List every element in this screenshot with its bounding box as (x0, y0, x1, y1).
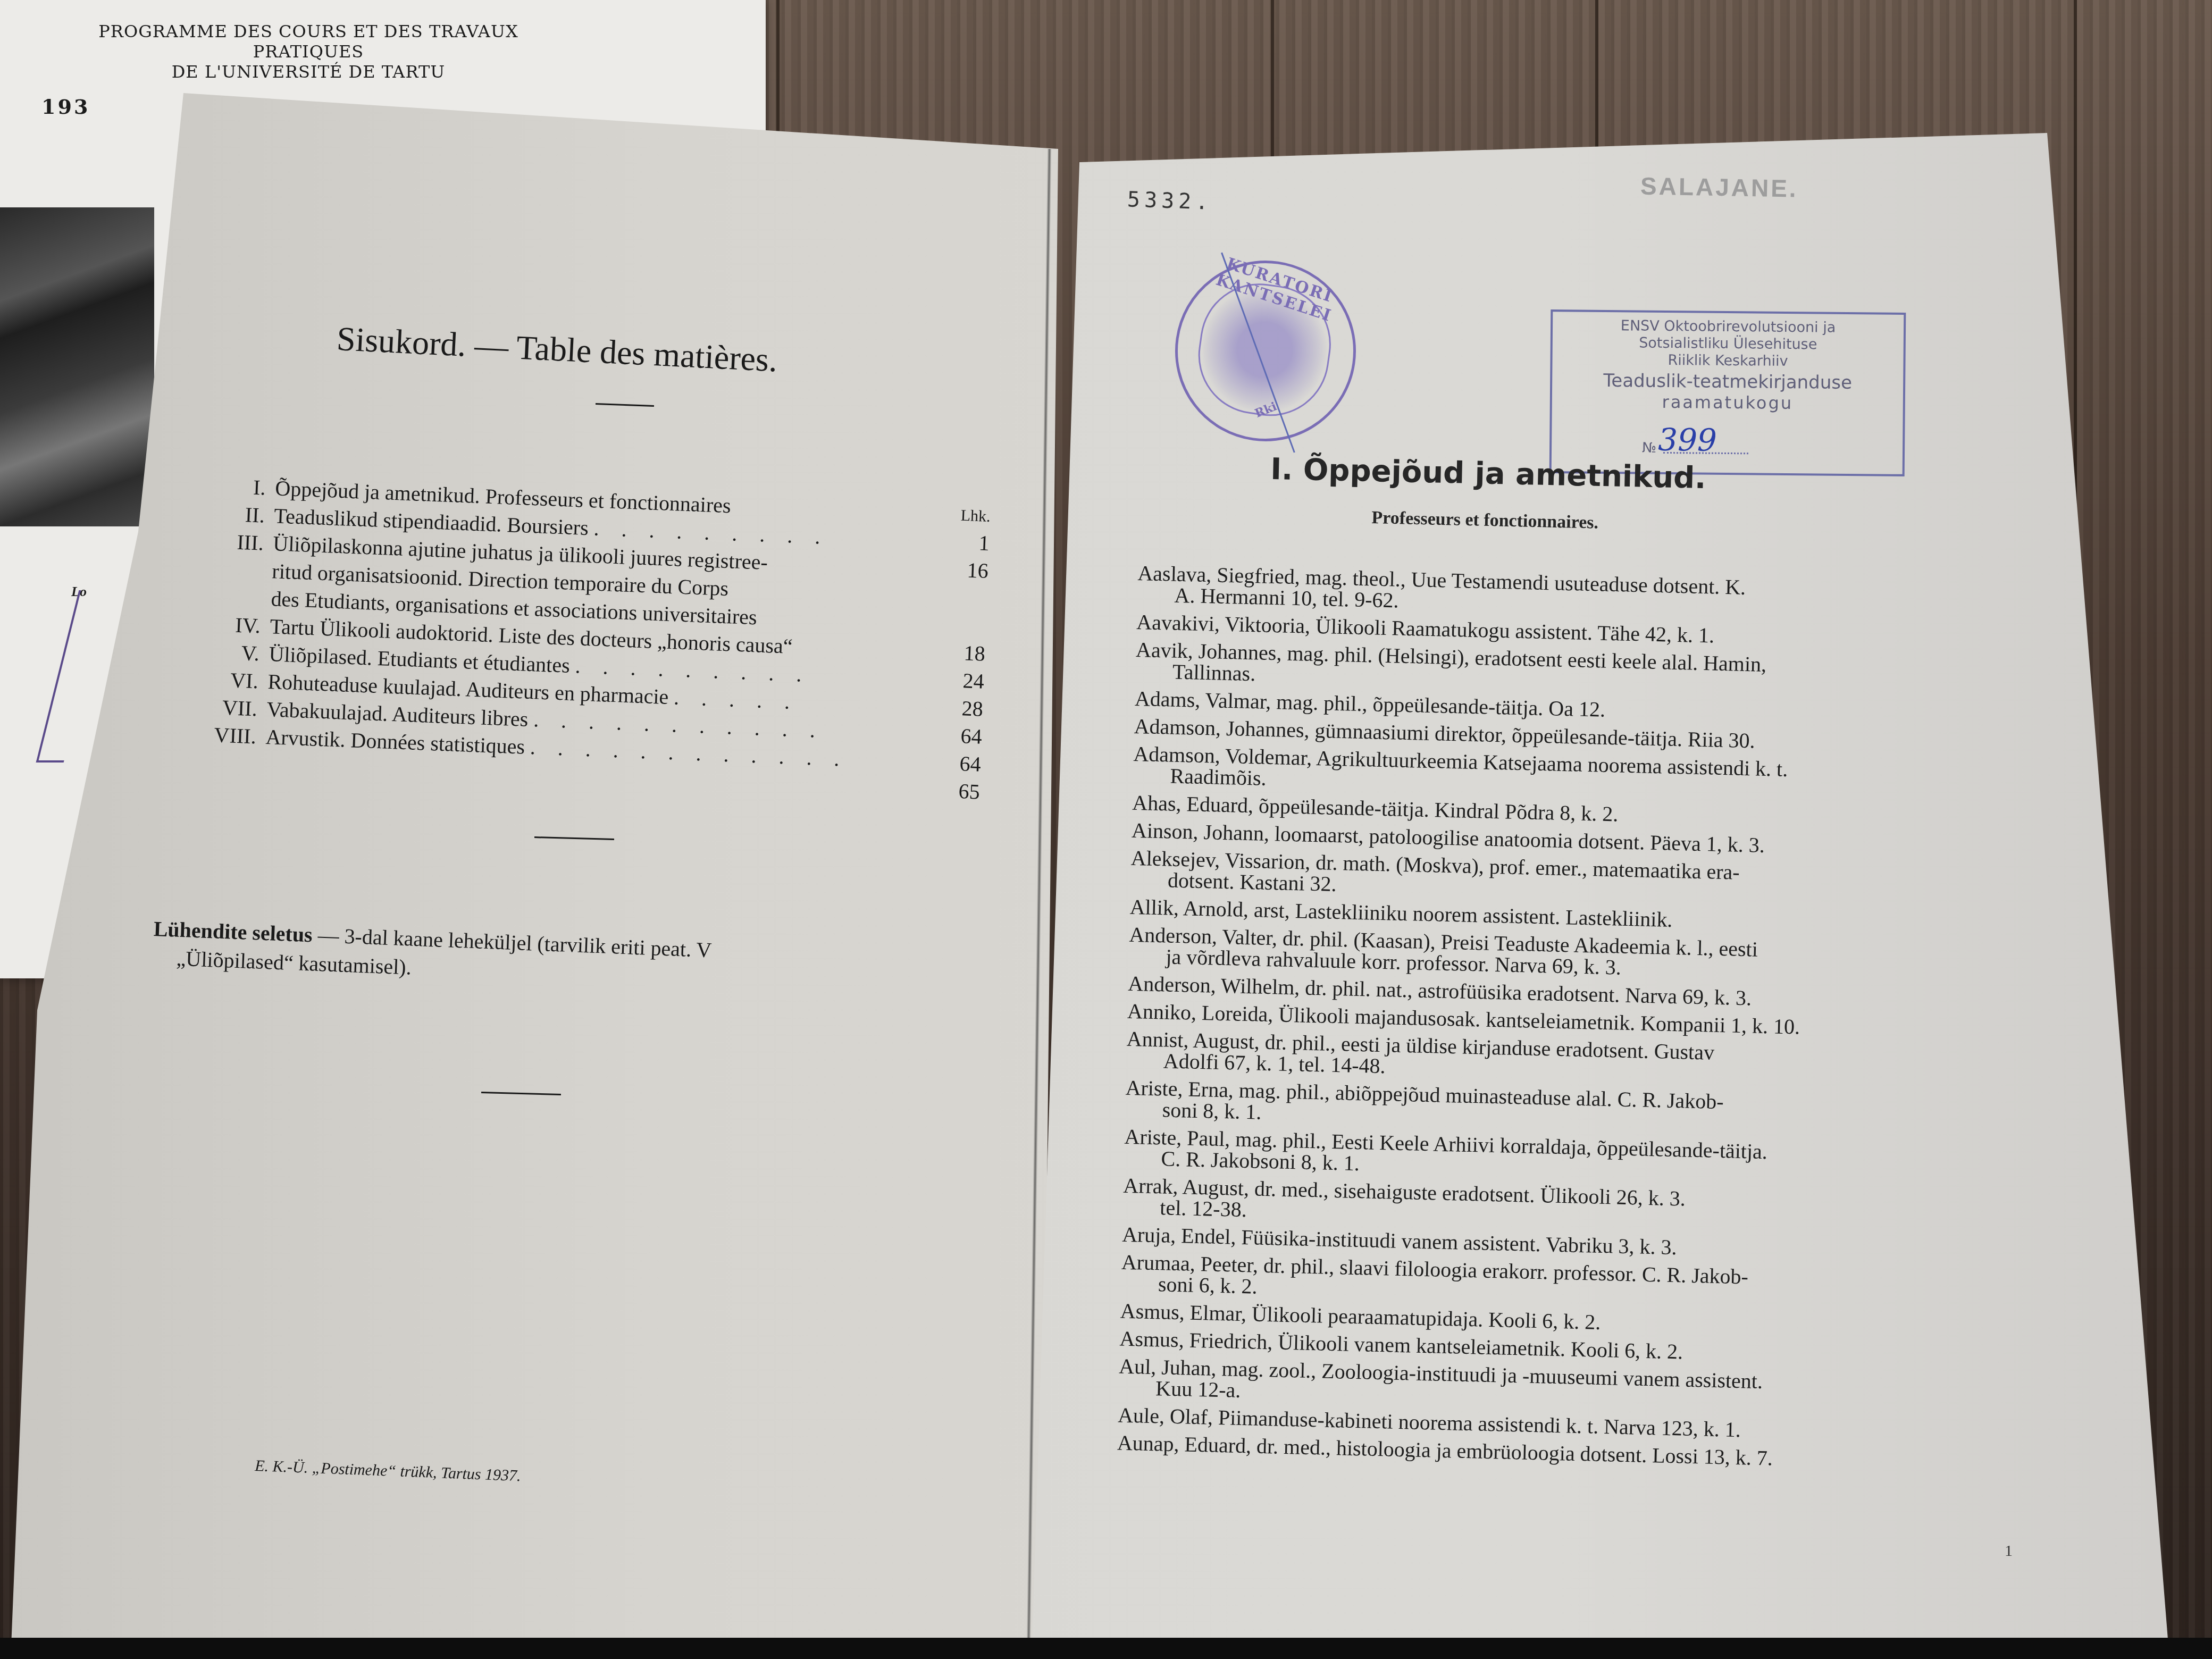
secret-stamp: SALAJANE. (1640, 171, 1799, 203)
abbreviations-label: Lühendite seletus (153, 917, 313, 946)
table-of-contents: Lhk. I. Õppejõud ja ametnikud. Professeu… (204, 468, 991, 806)
abbreviations-note: Lühendite seletus — 3-dal kaane lehekülj… (152, 915, 973, 1003)
staff-list: Aaslava, Siegfried, mag. theol., Uue Tes… (1117, 563, 2031, 1481)
toc-heading: Sisukord. — Table des matières. (336, 319, 778, 380)
section-divider (534, 836, 614, 840)
heading-divider (596, 403, 654, 407)
page-column-label: Lhk. (960, 502, 991, 531)
printer-imprint: E. K.-Ü. „Postimehe“ trükk, Tartus 1937. (255, 1457, 522, 1485)
page-signature-mark: 1 (2005, 1542, 2013, 1560)
handwritten-inventory-number: 5332. (1127, 187, 1213, 215)
handwritten-catalog-number: 399 (1658, 422, 1717, 458)
archive-library-stamp: ENSV Oktoobrirevolutsiooni ja Sotsialist… (1549, 309, 1906, 476)
section-divider (481, 1092, 561, 1095)
